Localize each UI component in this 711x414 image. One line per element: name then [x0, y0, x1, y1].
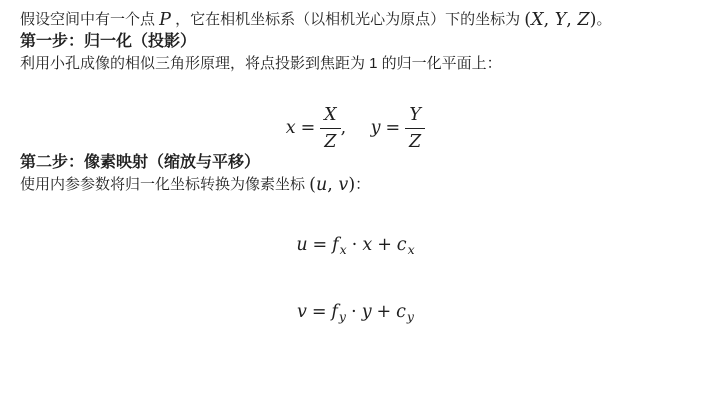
math-separator: ,	[566, 10, 577, 30]
math-tuple-xyz: (X, Y, Z)	[524, 10, 596, 30]
math-var-f: f	[332, 235, 338, 255]
math-var-X: X	[531, 10, 543, 30]
math-separator: ,	[544, 10, 555, 30]
document-page: 假设空间中有一个点 P ，它在相机坐标系（以相机光心为原点）下的坐标为 (X, …	[0, 0, 711, 414]
math-tuple-uv: (u, v)	[309, 175, 355, 195]
math-var-y: y	[371, 118, 381, 138]
intro-text-before: 假设空间中有一个点	[20, 11, 159, 28]
formula-u: u=fx⋅x+cx	[20, 232, 691, 263]
fraction-Y-over-Z: YZ	[405, 105, 425, 152]
math-var-P: P	[159, 10, 171, 30]
intro-paragraph: 假设空间中有一个点 P ，它在相机坐标系（以相机光心为原点）下的坐标为 (X, …	[20, 9, 691, 31]
math-var-Y: Y	[555, 10, 567, 30]
subscript-y: y	[407, 309, 414, 324]
formula-v: v=fy⋅y+cy	[20, 299, 691, 330]
fraction-denominator: Z	[405, 129, 425, 152]
intro-text-mid: ，它在相机坐标系（以相机光心为原点）下的坐标为	[175, 11, 524, 28]
math-var-Z: Z	[577, 10, 589, 30]
equals-sign: =	[307, 302, 331, 322]
step2-heading: 第二步：像素映射（缩放与平移）	[20, 152, 691, 174]
fraction-numerator: Y	[405, 105, 425, 129]
fraction-denominator: Z	[320, 129, 340, 152]
math-var-x: x	[286, 118, 296, 138]
equals-sign: =	[296, 118, 320, 138]
subscript-y: y	[339, 309, 346, 324]
dot-operator: ⋅	[347, 235, 363, 255]
math-var-v: v	[338, 175, 348, 195]
step2-text-before: 使用内参参数将归一化坐标转换为像素坐标	[20, 176, 309, 193]
step2-body: 使用内参参数将归一化坐标转换为像素坐标 (u, v)：	[20, 174, 691, 196]
step2-text-after: ：	[355, 176, 370, 193]
math-var-u: u	[316, 175, 327, 195]
math-var-y: y	[362, 302, 372, 322]
equals-sign: =	[308, 235, 332, 255]
plus-sign: +	[372, 235, 396, 255]
dot-operator: ⋅	[346, 302, 362, 322]
subscript-x: x	[340, 242, 347, 257]
formula-comma: ,	[341, 118, 347, 138]
math-var-c: c	[397, 235, 407, 255]
subscript-x: x	[408, 242, 415, 257]
fraction-numerator: X	[320, 105, 340, 129]
math-var-u: u	[296, 235, 307, 255]
step1-body: 利用小孔成像的相似三角形原理，将点投影到焦距为 1 的归一化平面上：	[20, 53, 691, 75]
math-var-v: v	[297, 302, 307, 322]
plus-sign: +	[372, 302, 396, 322]
step1-heading: 第一步：归一化（投影）	[20, 31, 691, 53]
intro-text-after: 。	[596, 11, 611, 28]
equals-sign: =	[381, 118, 405, 138]
math-var-x: x	[362, 235, 372, 255]
paren-open: (	[309, 175, 316, 195]
step1-formula: x=XZ,y=YZ	[20, 105, 691, 152]
math-var-f: f	[331, 302, 337, 322]
math-var-c: c	[396, 302, 406, 322]
math-separator: ,	[327, 175, 338, 195]
fraction-X-over-Z: XZ	[320, 105, 340, 152]
